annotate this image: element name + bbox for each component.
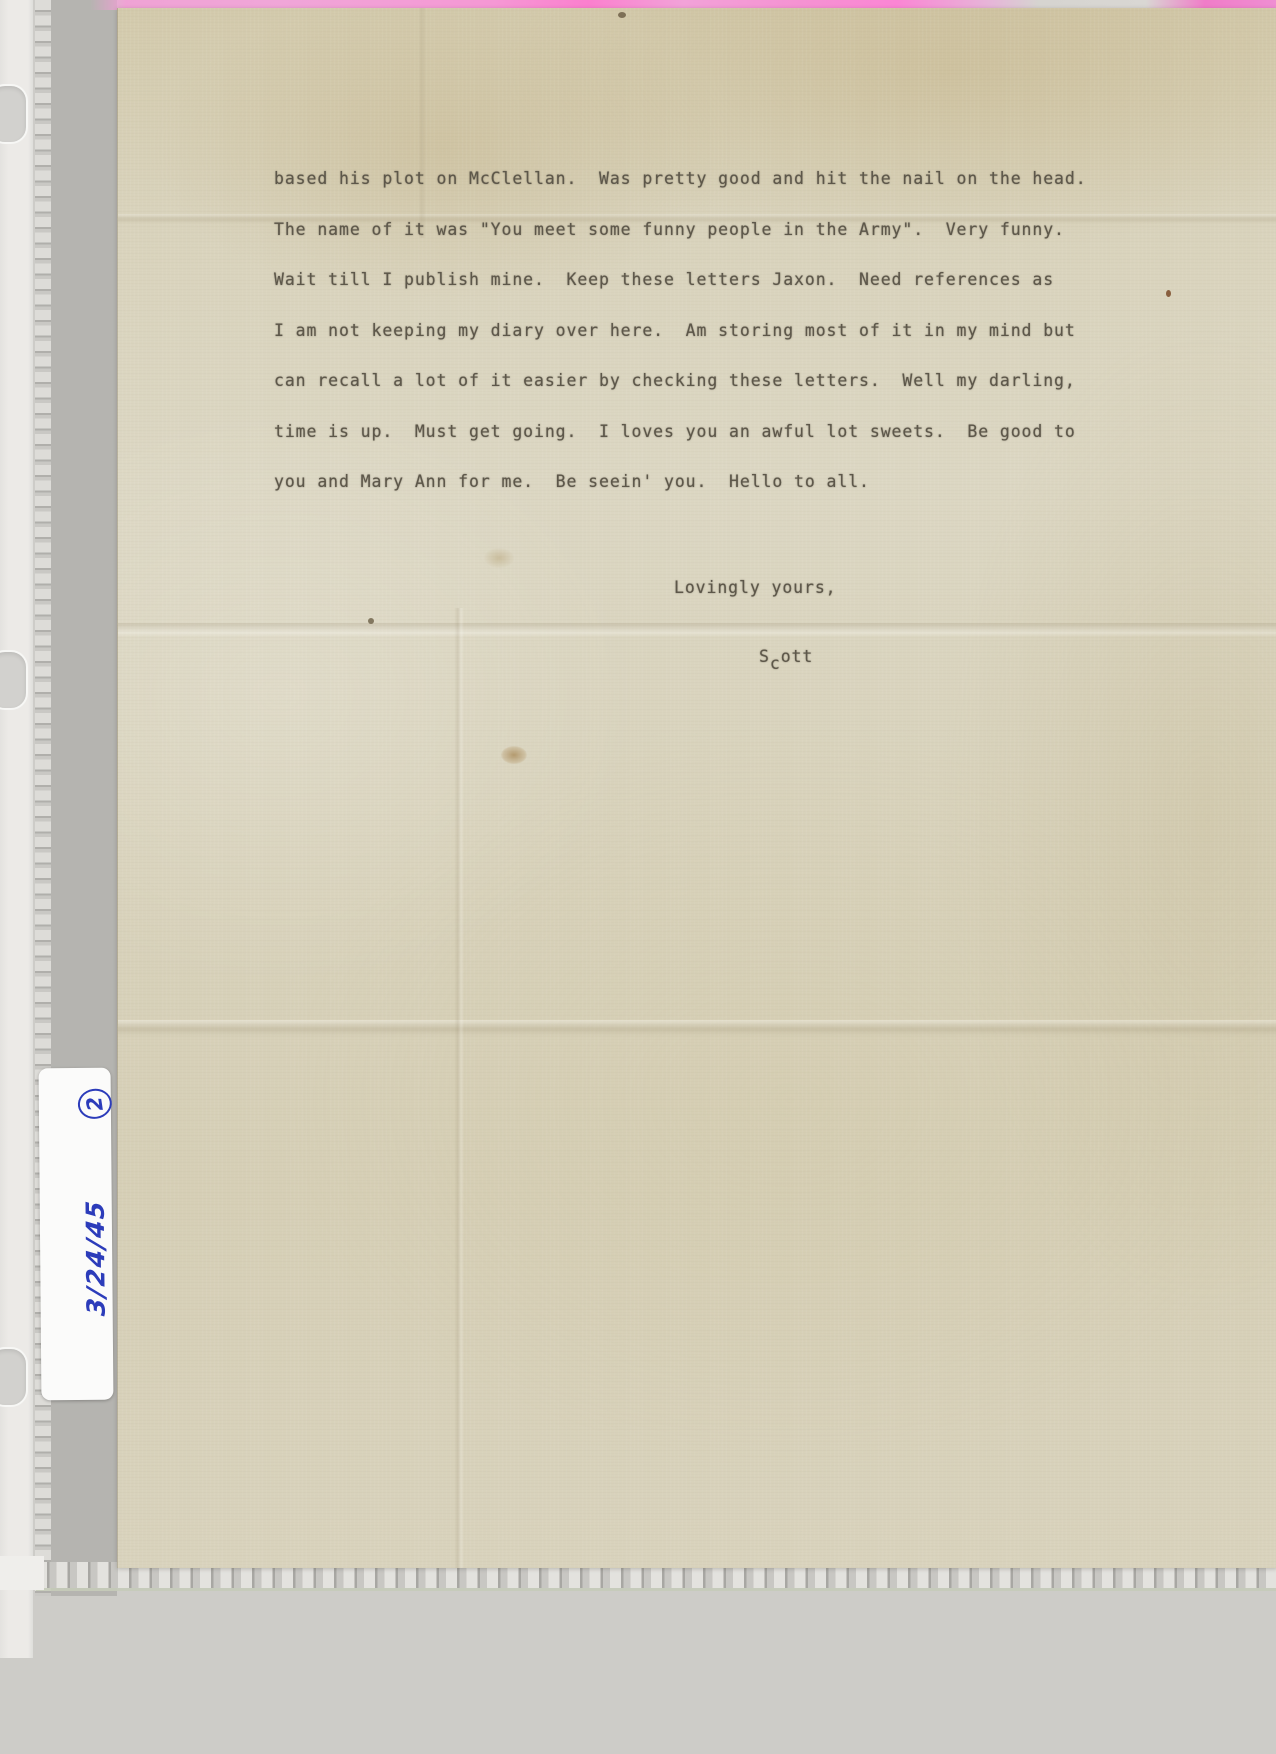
archival-label: 2 3/24/45 [39,1068,114,1401]
paper-speck [618,12,626,18]
letter-closing: Lovingly yours, [674,578,837,597]
letter-line: time is up. Must get going. I loves you … [274,407,1087,458]
sleeve-corner-tab [0,1556,44,1590]
signature-capital: S [759,647,770,666]
fold-crease-horizontal-lower [118,1020,1276,1036]
sleeve-binding-edge [0,0,33,1658]
letter-line: The name of it was "You meet some funny … [274,205,1087,256]
signature-dropped-letter: c [770,654,781,673]
page-number-annotation: 2 [76,1086,114,1121]
binder-hole-top [0,84,28,144]
binder-hole-bottom [0,1347,28,1407]
paper-speck [1166,290,1171,297]
sleeve-seam-line [36,1588,1276,1591]
scanned-letter-page: based his plot on McClellan. Was pretty … [0,0,1276,1754]
letter-line: I am not keeping my diary over here. Am … [274,306,1087,357]
letter-signature: Scott [694,628,813,685]
paper-stain [484,548,514,568]
letter-line: based his plot on McClellan. Was pretty … [274,154,1087,205]
letter-paper: based his plot on McClellan. Was pretty … [117,8,1276,1568]
letter-line: Wait till I publish mine. Keep these let… [274,255,1087,306]
letter-line: can recall a lot of it easier by checkin… [274,356,1087,407]
binder-hole-middle [0,650,28,710]
signature-rest: ott [781,647,814,666]
date-annotation: 3/24/45 [77,1166,115,1349]
letter-line: you and Mary Ann for me. Be seein' you. … [274,457,1087,508]
letter-body: based his plot on McClellan. Was pretty … [274,154,1087,508]
fold-crease-vertical [454,608,464,1568]
paper-speck [368,618,374,624]
paper-stain [501,746,527,764]
